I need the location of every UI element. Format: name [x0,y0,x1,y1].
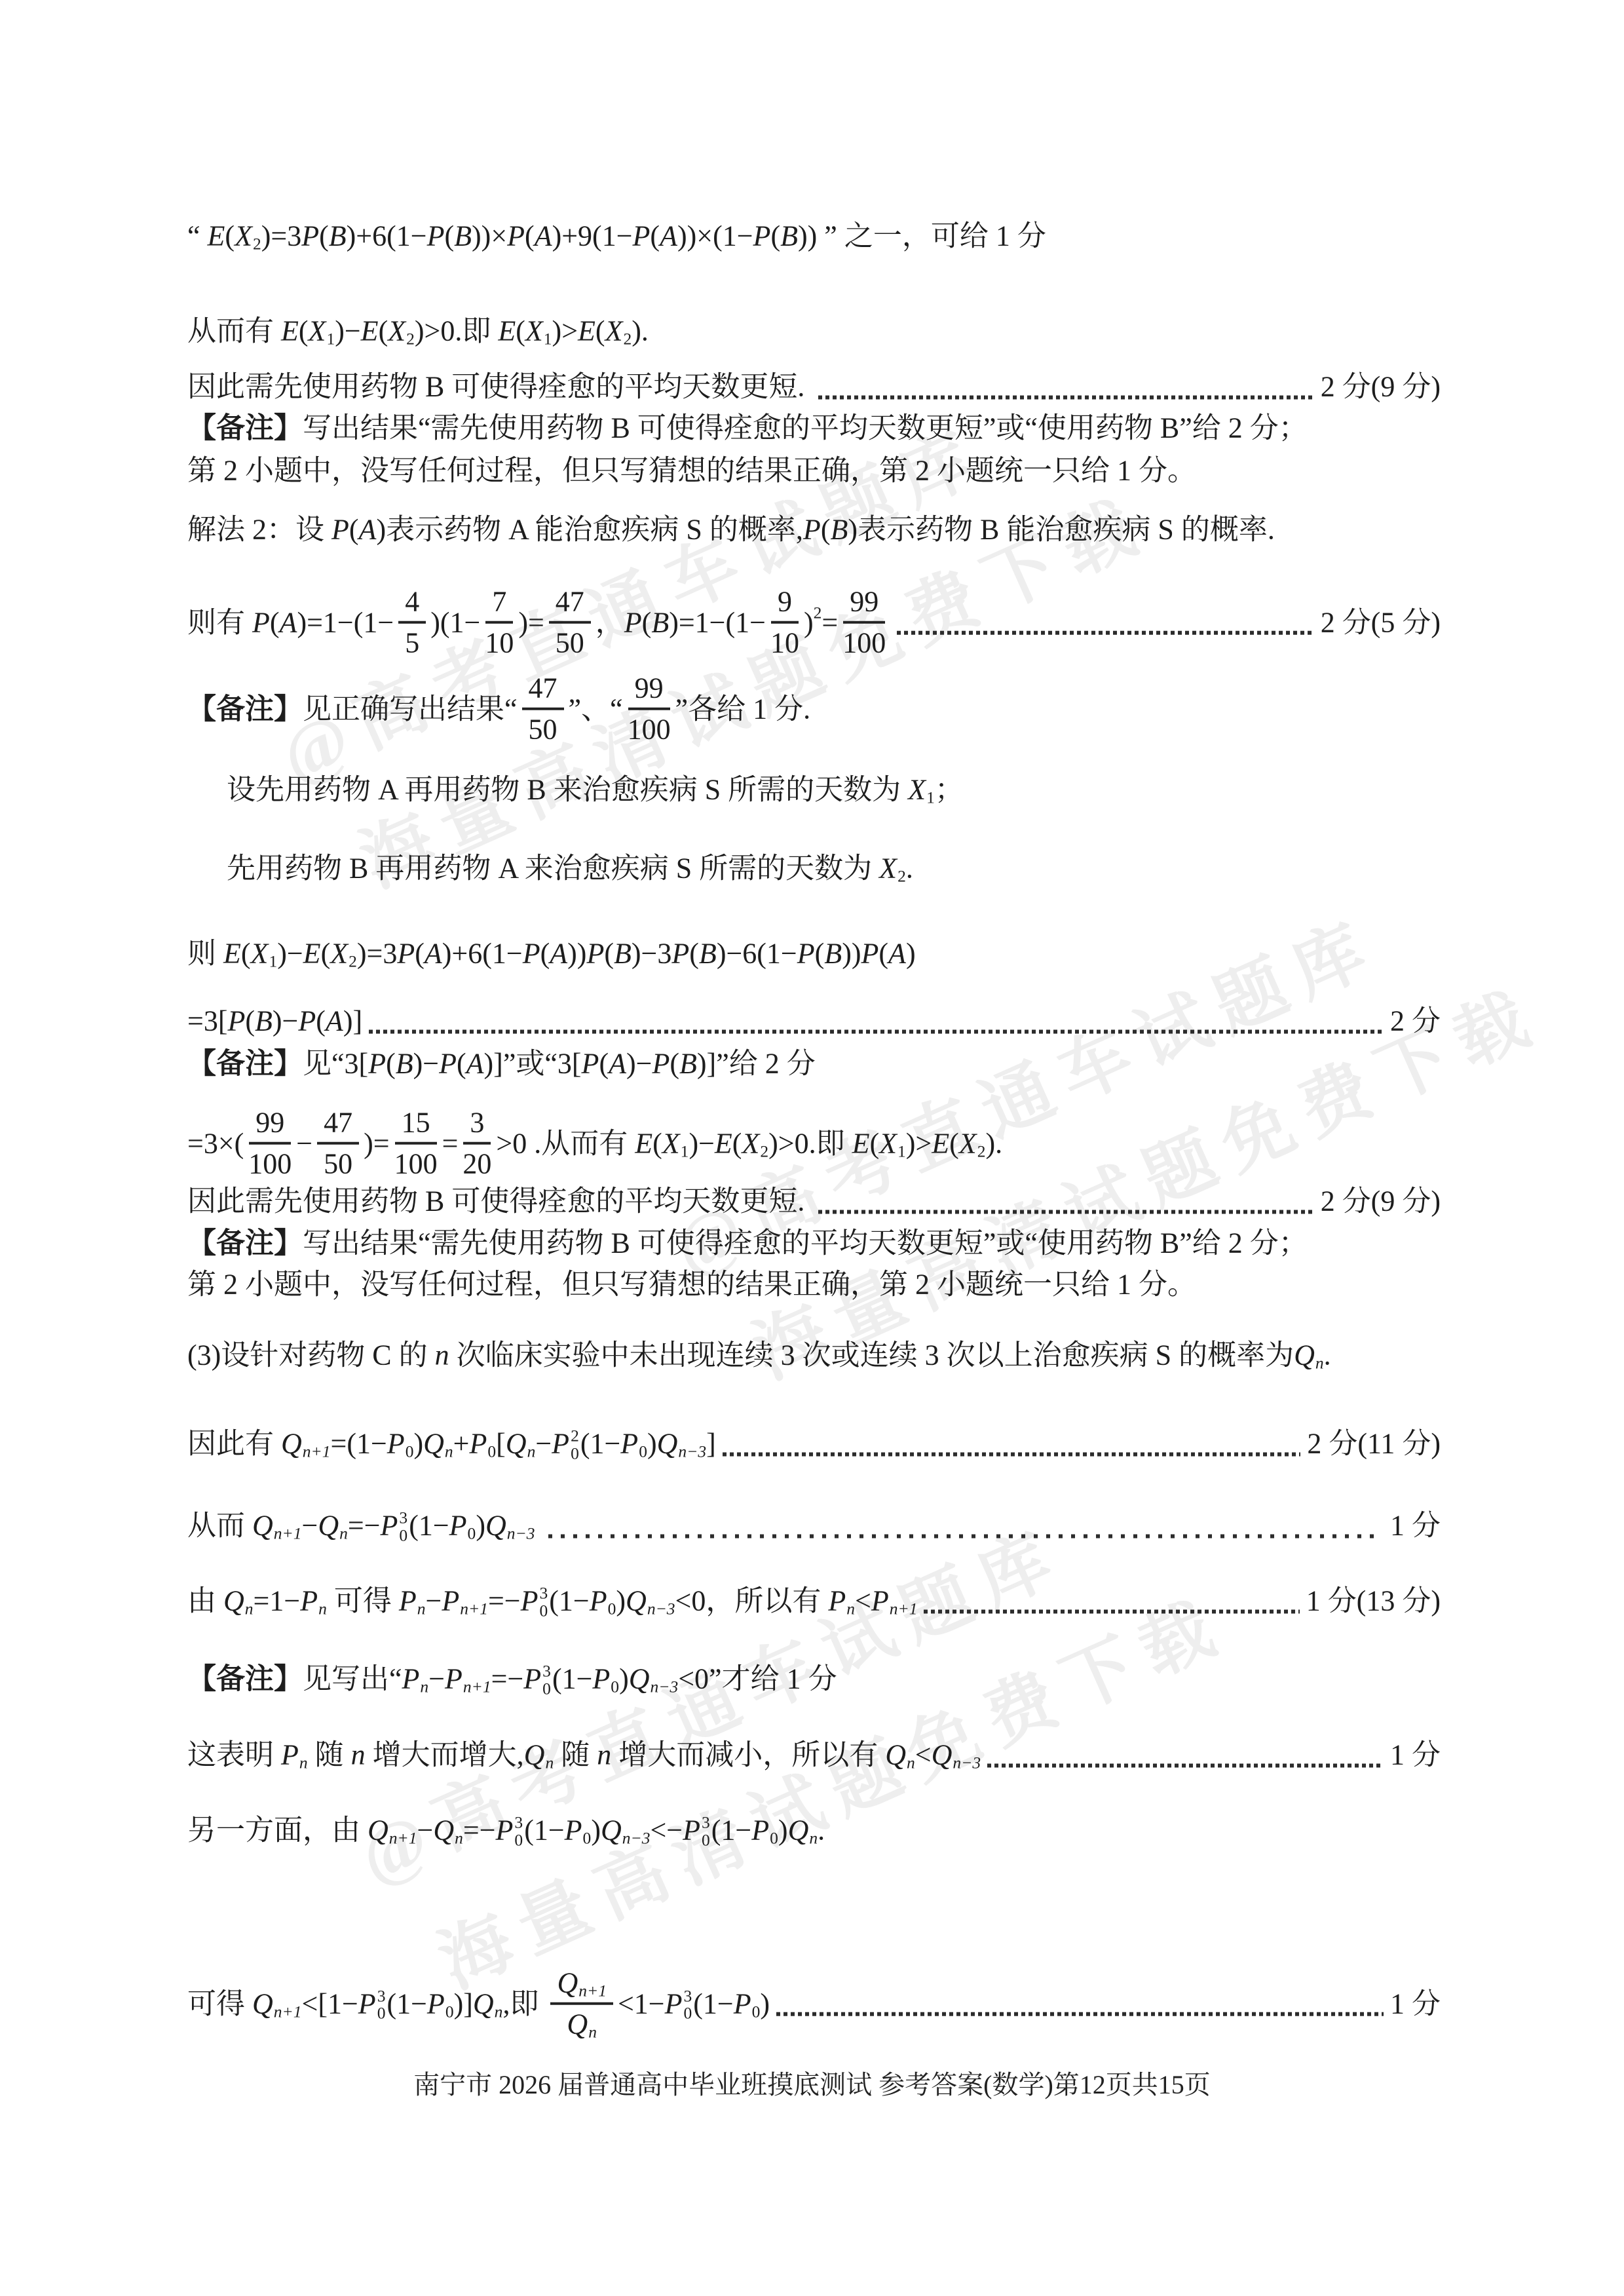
math-text: ( [270,605,280,641]
dot-leader [924,1609,1299,1613]
math-variable: Q [885,1737,906,1773]
math-subscript: 0 [514,1831,523,1848]
math-text: 因此有 [187,1426,281,1462]
math-variable: X [605,313,623,349]
math-variable: E [303,936,321,972]
math-text: < [915,1737,932,1773]
math-variable: Q [524,1737,545,1773]
math-text: ( [457,1046,466,1082]
math-variable: P [828,1583,846,1619]
fraction-numerator: 99 [843,586,885,624]
dot-leader [776,2012,1384,2016]
math-subscript: 2 [349,951,357,972]
math-text: ”各给 1 分. [675,691,811,727]
math-text: 因此需先使用药物 B 可使得痊愈的平均天数更短. [187,1183,812,1219]
math-variable: A [425,936,442,972]
fraction-denominator: 20 [463,1145,491,1180]
math-text [535,1508,542,1544]
math-variable: X [388,313,406,349]
math-variable: X [662,1126,680,1162]
math-subscript: 0 [468,1523,476,1544]
math-text: ( [770,218,780,254]
math-subscript: n [339,1523,348,1544]
math-text: =1− [254,1583,301,1619]
math-variable: P [523,1661,541,1697]
math-text: 见写出“ [303,1661,402,1697]
math-text: ( [949,1126,959,1162]
math-variable: E [635,1126,652,1162]
math-variable: B [329,218,347,254]
math-variable: P [861,936,879,972]
fraction-denominator: 100 [248,1145,292,1180]
fraction-numerator: 47 [522,672,564,710]
math-subscript: 0 [487,1442,496,1463]
math-text: = [442,1126,459,1162]
dot-leader [369,1029,1384,1033]
math-text: ( [650,218,660,254]
math-text: =− [488,1583,521,1619]
math-text: ” 之一，可给 1 分 [817,218,1046,254]
math-text: 由 [187,1583,223,1619]
math-subscript: n [527,1442,536,1463]
math-text: =− [348,1508,381,1544]
math-text: − [417,1812,434,1848]
math-text: 增大而减小，所以有 [611,1737,885,1773]
math-subscript: 2 [897,866,906,887]
math-variable: Q [223,1583,244,1619]
math-text: (1− [524,1812,564,1848]
math-subscript: 0 [702,1831,710,1848]
line-7-probability-values: 则有 P(A)=1−(1−45)(1−710)=4750，P(B)=1−(1−9… [187,586,1441,660]
math-text: )表示药物 A 能治愈疾病 S 的概率, [376,512,803,548]
math-variable: Q [368,1812,388,1848]
line-13-note-simplified: 【备注】见“3[P(B)−P(A)]”或“3[P(A)−P(B)]”给 2 分 [187,1046,1441,1082]
math-sup-sub: 30 [539,1585,548,1619]
math-text: ) [413,1426,423,1462]
math-text: ( [444,218,454,254]
math-variable: Q [626,1583,647,1619]
math-text: )− [335,313,360,349]
math-superscript: 3 [514,1814,523,1831]
math-subscript: 2 [977,1141,986,1162]
math-subscript: n−3 [678,1442,706,1463]
math-variable: B [830,512,848,548]
math-subscript: n+1 [460,1599,488,1620]
math-text: (1− [552,1661,592,1697]
math-text: )) [842,936,861,972]
math-variable: E [498,313,516,349]
math-text: ( [869,1126,879,1162]
math-variable: E [932,1126,949,1162]
fraction-denominator: 5 [405,624,419,659]
math-variable: Q [281,1426,302,1462]
math-variable: X [309,313,326,349]
math-text: <1− [618,1986,665,2022]
dot-leader [987,1763,1384,1767]
fraction: 45 [398,586,426,660]
math-text: ( [525,218,535,254]
math-text: ( [319,218,329,254]
math-text: 解法 2：设 [187,512,331,548]
math-text: (1− [711,1812,751,1848]
math-text: <− [650,1812,683,1848]
math-text: [ [496,1426,506,1462]
math-variable: Q [1294,1337,1315,1373]
math-text: ( [225,218,235,254]
math-subscript: n [846,1599,855,1620]
math-subscript: n−3 [953,1753,981,1774]
math-text: ] [706,1426,716,1462]
math-subscript: n+1 [890,1599,918,1620]
math-text: <0，所以有 [675,1583,829,1619]
math-variable: P [753,218,771,254]
math-variable: Q [318,1508,339,1544]
math-subscript: 0 [377,2005,386,2022]
math-variable: B [699,936,717,972]
math-variable: A [660,218,677,254]
math-sup-sub: 30 [377,1988,386,2022]
math-variable: X [959,1126,977,1162]
line-11-expectation-difference: 则 E(X1)−E(X2)=3P(A)+6(1−P(A))P(B)−3P(B)−… [187,936,1441,972]
math-subscript: n [420,1677,428,1698]
math-variable: P [803,512,821,548]
math-text: ( [516,313,525,349]
math-text: 写出结果“需先使用药物 B 可使得痊愈的平均天数更短”或“使用药物 B”给 2 … [303,410,1308,446]
math-text: )> [552,313,578,349]
math-variable: P [592,1661,610,1697]
math-subscript: n [417,1599,426,1620]
fraction-denominator: 50 [324,1145,352,1180]
line-21-pn-inequality: 由 Qn=1−Pn 可得 Pn−Pn+1=−P30(1−P0)Qn−3<0，所以… [187,1583,1441,1619]
math-variable: P [521,1583,538,1619]
math-variable: P [449,1508,467,1544]
math-text: ( [241,936,251,972]
math-text: ( [321,936,331,972]
math-variable: P [442,1583,459,1619]
math-text: 见正确写出结果“ [303,691,518,727]
math-variable: X [879,1126,897,1162]
math-sup-sub: 30 [702,1814,710,1848]
math-text: ( [349,512,359,548]
math-sup-sub: 30 [542,1663,551,1697]
math-variable: Q [788,1812,809,1848]
math-text: ”、“ [569,691,623,727]
math-variable: P [797,936,815,972]
fraction-denominator: 10 [770,624,799,659]
math-variable: E [208,218,225,254]
math-text: )+6(1− [347,218,427,254]
note-label: 【备注】 [187,410,303,446]
math-text: )− [273,1003,298,1039]
math-variable: X [251,936,269,972]
math-text: <0”才给 1 分 [678,1661,837,1697]
line-20-difference-qn: 从而 Qn+1−Qn=−P30(1−P0)Qn−3 1 分 [187,1508,1441,1544]
math-variable: A [888,936,906,972]
math-subscript: 0 [399,1527,407,1544]
math-text: ) [591,1812,601,1848]
math-text: 先用药物 B 再用药物 A 来治愈疾病 S 所需的天数为 [227,851,879,887]
math-text: 这表明 [187,1737,281,1773]
math-text: )− [689,1126,714,1162]
math-subscript: n [1315,1353,1324,1374]
math-text: ). [632,313,649,349]
math-variable: P [368,1046,386,1082]
math-text: 则有 [187,605,252,641]
math-text: )=1−(1− [297,605,394,641]
line-14-numeric-evaluation: =3×(99100−4750)=15100=320>0 .从而有 E(X1)−E… [187,1107,1441,1181]
math-subscript: 1 [326,329,335,350]
math-variable: B [780,218,798,254]
fraction-numerator: 15 [395,1107,437,1145]
math-subscript: n+1 [303,1442,331,1463]
math-variable: P [427,218,445,254]
math-text: ( [386,1046,396,1082]
math-superscript: 2 [814,603,822,624]
math-text: “ [187,218,208,254]
math-subscript: 0 [571,1445,579,1462]
line-25-final-ratio-inequality: 可得 Qn+1<[1−P30(1−P0)]Qn,即 Qn+1Qn<1−P30(1… [187,1967,1441,2041]
math-text: (1− [409,1508,449,1544]
math-variable: X [879,851,897,887]
fraction-numerator: 3 [463,1107,491,1145]
math-text: )= [518,605,544,641]
math-text: 次临床实验中未出现连续 3 次或连续 3 次以上治愈疾病 S 的概率为 [449,1337,1294,1373]
dot-leader [548,1534,1376,1538]
math-text: (1− [387,1986,426,2022]
math-variable: P [507,218,525,254]
math-variable: Q [557,1967,578,1999]
math-text: ) [476,1508,485,1544]
math-variable: P [427,1986,445,2022]
fraction-numerator: 9 [771,586,799,624]
fraction: 4750 [317,1107,359,1181]
math-variable: P [281,1737,299,1773]
fraction: 99100 [628,672,671,746]
math-text: 2 分(9 分) [1321,1183,1441,1219]
math-text: )− [277,936,303,972]
fraction-denominator: Qn [567,2005,597,2040]
math-text: )]”或“3[ [484,1046,582,1082]
math-variable: P [399,1583,417,1619]
fraction-numerator: 99 [249,1107,291,1145]
math-variable: n [597,1737,611,1773]
math-text: − [535,1426,552,1462]
line-10-define-x2: 先用药物 B 再用药物 A 来治愈疾病 S 所需的天数为 X2. [227,851,1441,887]
math-text: )表示药物 B 能治愈疾病 S 的概率. [848,512,1274,548]
math-variable: Q [433,1812,454,1848]
math-text: 2 分(5 分) [1321,605,1441,641]
math-text: ( [415,936,425,972]
math-superscript: 3 [377,1988,386,2005]
math-subscript: 0 [611,1677,619,1698]
math-variable: P [590,1583,607,1619]
math-variable: P [871,1583,889,1619]
math-superscript: 3 [399,1510,407,1527]
dot-leader [818,395,1313,399]
math-superscript: 3 [542,1663,551,1680]
math-text: =− [463,1812,496,1848]
math-text: )= [364,1126,389,1162]
fraction-denominator: 50 [529,710,557,746]
math-text: ( [815,936,825,972]
math-text: 随 [554,1737,597,1773]
math-variable: P [439,1046,457,1082]
math-variable: E [223,936,241,972]
math-text: ) [906,936,916,972]
fraction-denominator: 50 [556,624,584,659]
line-1-quoted-expectation-formula: “ E(X2)=3P(B)+6(1−P(B))×P(A)+9(1−P(A))×(… [187,218,1441,254]
math-subscript: 0 [770,1828,778,1849]
math-text: ， [595,605,624,641]
math-text: . [906,851,913,887]
math-text: 另一方面，由 [187,1812,368,1848]
math-variable: P [445,1661,463,1697]
math-text: ))×(1− [677,218,753,254]
math-variable: P [358,1986,376,2022]
math-variable: X [330,936,348,972]
math-subscript: 1 [269,951,277,972]
math-variable: P [301,218,319,254]
line-18-part3-setup: (3)设针对药物 C 的 n 次临床实验中未出现连续 3 次或连续 3 次以上治… [187,1337,1441,1373]
math-variable: P [582,1046,599,1082]
math-subscript: 1 [897,1141,906,1162]
math-text: − [296,1126,312,1162]
math-variable: P [227,1003,245,1039]
math-text: ))× [472,218,507,254]
math-text: ) [619,1661,629,1697]
math-text: ( [642,605,652,641]
math-subscript: n [455,1828,463,1849]
math-text: 2 分 [1390,1003,1441,1039]
math-text: 见“3[ [303,1046,368,1082]
line-16-note-result-2: 【备注】写出结果“需先使用药物 B 可使得痊愈的平均天数更短”或“使用药物 B”… [187,1225,1441,1261]
math-variable: P [397,936,415,972]
math-text: )+9(1− [552,218,633,254]
math-text: =− [491,1661,524,1697]
math-text: >0 .从而有 [496,1126,635,1162]
dot-leader [897,631,1313,635]
math-text: ( [379,313,388,349]
math-text: . [818,1812,825,1848]
line-19-recurrence-relation: 因此有 Qn+1=(1−P0)Qn+P0[Qn−P20(1−P0)Qn−3]2 … [187,1426,1441,1462]
math-variable: Q [252,1508,273,1544]
math-variable: P [469,1426,487,1462]
math-text: ( [599,1046,609,1082]
math-subscript: 0 [542,1680,551,1697]
math-variable: n [351,1737,366,1773]
math-variable: P [665,1986,683,2022]
math-text: ) [778,1812,788,1848]
math-subscript: n+1 [578,1982,607,2001]
math-variable: A [326,1003,343,1039]
math-text: )]”给 2 分 [697,1046,816,1082]
math-variable: Q [423,1426,444,1462]
math-text: ( [245,1003,255,1039]
line-9-define-x1: 设先用药物 A 再用药物 B 来治愈疾病 S 所需的天数为 X1； [227,772,1441,808]
math-text: )) [567,936,586,972]
math-variable: B [454,218,472,254]
math-subscript: n [588,2023,597,2042]
math-subscript: 0 [639,1442,647,1463]
math-text: ( [540,936,550,972]
fraction-denominator: 100 [394,1145,438,1180]
math-variable: Q [506,1426,527,1462]
math-text: )−6(1− [717,936,797,972]
line-12-simplified-difference: =3[P(B)−P(A)]2 分 [187,1003,1441,1039]
math-variable: P [652,1046,670,1082]
math-text: ； [935,772,964,808]
fraction: 15100 [394,1107,438,1181]
math-variable: X [525,313,543,349]
math-text: ( [689,936,699,972]
math-text: 从而有 [187,313,281,349]
line-8-note-fraction-results: 【备注】见正确写出结果“4750”、“99100”各给 1 分. [187,672,1441,746]
math-variable: P [331,512,349,548]
math-text: )− [626,1046,652,1082]
math-text: . [1324,1337,1331,1373]
math-text: 1 分 [1390,1737,1441,1773]
math-text: )=3 [261,218,301,254]
math-subscript: n [299,1753,308,1774]
math-text: 从而 [187,1508,252,1544]
line-6-solution2-header: 解法 2：设 P(A)表示药物 A 能治愈疾病 S 的概率,P(B)表示药物 B… [187,512,1441,548]
math-variable: Q [601,1812,622,1848]
note-label: 【备注】 [187,691,303,727]
math-text: )>0.即 [415,313,498,349]
math-text: =(1− [331,1426,387,1462]
math-text: 1 分 [1390,1986,1441,2022]
math-variable: Q [252,1986,273,2022]
math-variable: Q [473,1986,494,2022]
math-text: ( [595,313,605,349]
math-text: 因此需先使用药物 B 可使得痊愈的平均天数更短. [187,369,812,405]
math-variable: P [620,1426,638,1462]
math-variable: A [535,218,552,254]
math-text: ( [670,1046,679,1082]
math-variable: P [298,1003,316,1039]
line-24-other-side: 另一方面，由 Qn+1−Qn=−P30(1−P0)Qn−3<−P30(1−P0)… [187,1812,1441,1848]
math-subscript: n [495,2002,503,2023]
math-variable: X [908,772,926,808]
line-4-note-result: 【备注】写出结果“需先使用药物 B 可使得痊愈的平均天数更短”或“使用药物 B”… [187,410,1441,446]
math-text: 第 2 小题中，没写任何过程，但只写猜想的结果正确，第 2 小题统一只给 1 分… [187,453,1196,489]
math-text: ) [760,1986,770,2022]
math-variable: B [255,1003,273,1039]
math-variable: Q [485,1508,506,1544]
math-text: =3×( [187,1126,244,1162]
fraction-numerator: 47 [549,586,591,624]
math-variable: Q [629,1661,650,1697]
math-subscript: n−3 [647,1599,675,1620]
math-variable: E [281,313,299,349]
note-label: 【备注】 [187,1046,303,1082]
math-variable: P [381,1508,398,1544]
fraction: 4750 [549,586,591,660]
math-text: ) [616,1583,626,1619]
math-text: ( [316,1003,326,1039]
math-text: (3)设针对药物 C 的 [187,1337,435,1373]
math-text: 写出结果“需先使用药物 B 可使得痊愈的平均天数更短”或“使用药物 B”给 2 … [303,1225,1308,1261]
math-variable: X [742,1126,759,1162]
math-variable: P [496,1812,514,1848]
math-variable: P [402,1661,420,1697]
math-variable: P [633,218,651,254]
math-variable: P [552,1426,569,1462]
math-text: ,即 [502,1986,546,2022]
math-subscript: n−3 [507,1523,535,1544]
math-superscript: 3 [683,1988,692,2005]
math-variable: P [671,936,689,972]
